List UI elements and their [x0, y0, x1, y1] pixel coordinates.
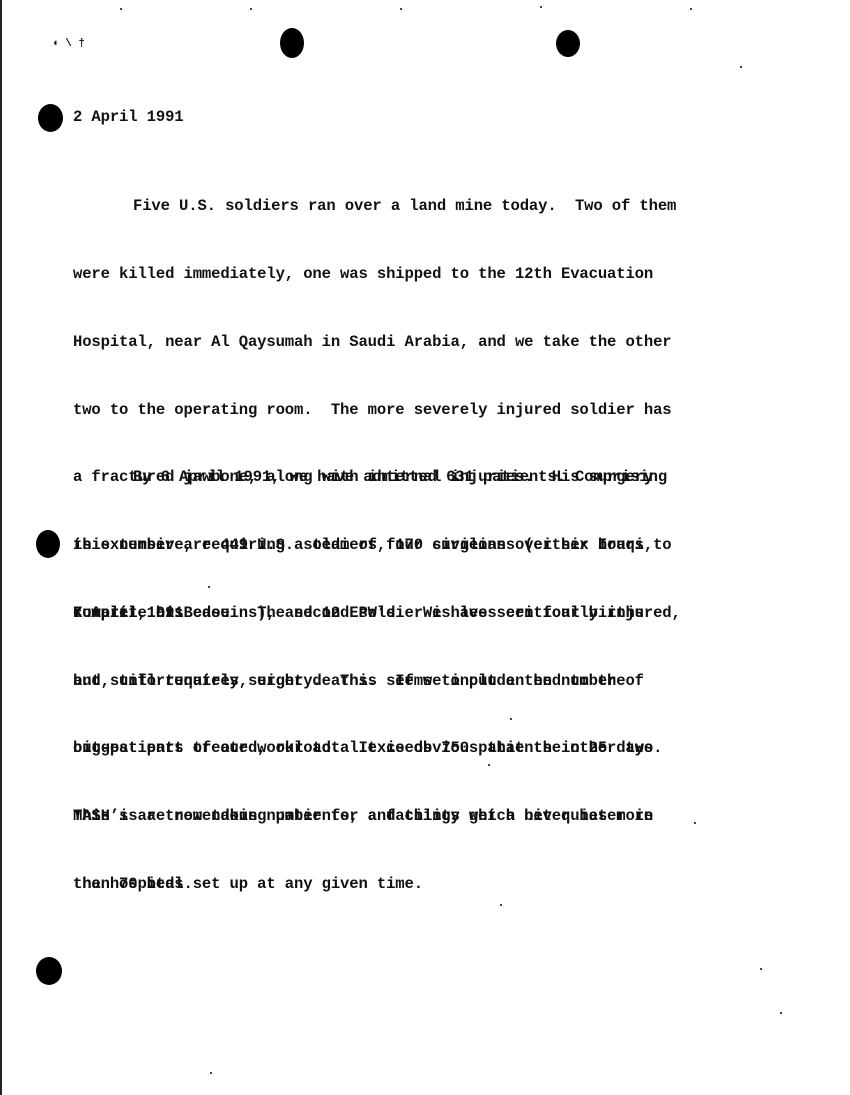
scan-speck	[740, 66, 742, 68]
text-line: this number are 449 U.S. soldiers, 170 c…	[73, 534, 773, 557]
entry-date: 2 April 1991	[73, 106, 773, 129]
text-line: Five U.S. soldiers ran over a land mine …	[73, 195, 773, 218]
text-line: than 70 beds set up at any given time.	[73, 873, 773, 896]
punch-hole-left-top	[38, 104, 63, 132]
scan-speck	[400, 8, 402, 10]
punch-hole-left-bottom	[36, 957, 62, 985]
scan-left-edge	[0, 0, 2, 1095]
text-line: This is a tremendous number for a facili…	[73, 805, 773, 828]
scan-speck	[780, 1012, 782, 1014]
header-scan-marks: ◖ \ †	[52, 38, 85, 50]
text-line: out-patients treated, our total exceeds …	[73, 737, 773, 760]
scan-speck	[540, 6, 542, 8]
punch-hole-top-right	[556, 30, 580, 57]
text-line: and, unfortunately, eight deaths. If we …	[73, 670, 773, 693]
scan-speck	[120, 8, 122, 10]
scan-speck	[760, 968, 762, 970]
scan-speck	[690, 8, 692, 10]
punch-hole-top-center	[280, 28, 304, 58]
scan-speck	[210, 1072, 212, 1074]
scan-speck	[250, 8, 252, 10]
text-line: Hospital, near Al Qaysumah in Saudi Arab…	[73, 331, 773, 354]
punch-hole-left-middle	[36, 530, 60, 558]
text-line: were killed immediately, one was shipped…	[73, 263, 773, 286]
text-line: two to the operating room. The more seve…	[73, 399, 773, 422]
entry-date: 7 April 1991	[73, 602, 773, 625]
text-line: By 6 April 1991, we have admitted 631 pa…	[73, 466, 773, 489]
paragraph: By 6 April 1991, we have admitted 631 pa…	[73, 421, 773, 918]
